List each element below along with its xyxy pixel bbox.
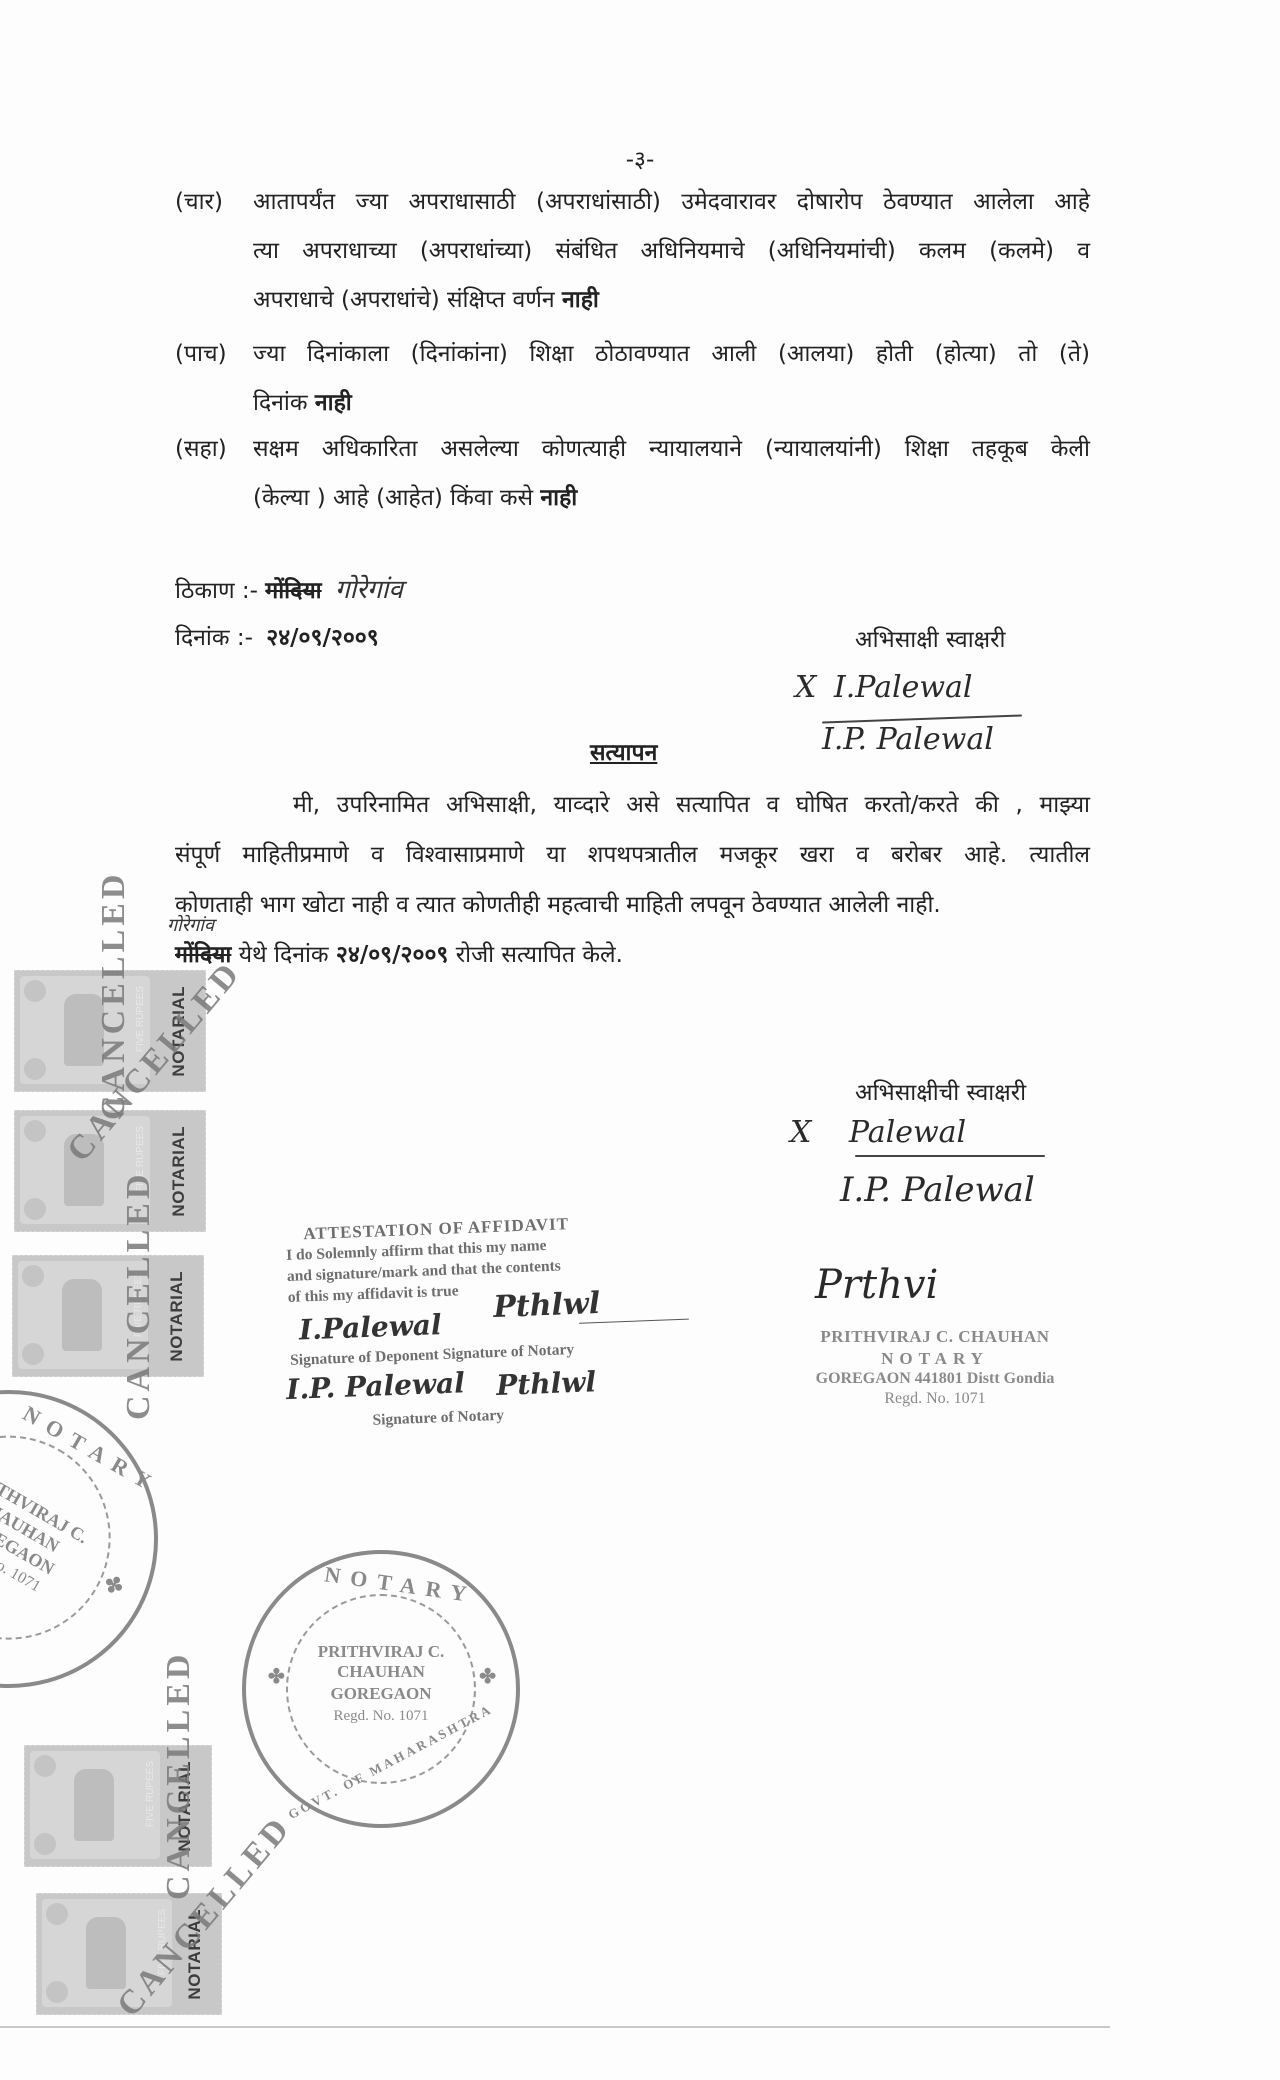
clause-body: सक्षम अधिकारिता असलेल्या कोणत्याही न्याय… <box>253 425 1090 523</box>
seal-ornament-right-icon: ✤ <box>479 1664 496 1689</box>
cancelled-mark: CANCELLED <box>160 1651 198 1900</box>
verification-title: सत्यापन <box>590 735 657 767</box>
clause-line: ज्या दिनांकाला (दिनांकांना) शिक्षा ठोठाव… <box>253 330 1090 379</box>
clause-label: (पाच) <box>175 330 227 379</box>
place-label: ठिकाण :- <box>175 578 258 604</box>
stamp-label: NOTARIAL <box>169 1126 189 1217</box>
deponent-name-written-2: I.P. Palewal <box>840 1170 1035 1210</box>
notary-name: PRITHVIRAJ C. CHAUHAN <box>770 1327 1100 1347</box>
affidavit-page: -३- (चार) आतापर्यंत ज्या अपराधासाठी (अपर… <box>0 0 1280 2080</box>
verification-line: संपूर्ण माहितीप्रमाणे व विश्वासाप्रमाणे … <box>175 830 1090 880</box>
stamp-value: FIVE RUPEES <box>145 1761 156 1827</box>
clause-label: (चार) <box>175 178 223 227</box>
deponent-signature-scrawl-2: X Palewal <box>790 1115 966 1150</box>
signature-underline <box>855 1155 1045 1157</box>
verification-paragraph: मी, उपरिनामित अभिसाक्षी, याव्दारे असे सत… <box>175 780 1090 980</box>
clause-text: दिनांक <box>253 390 308 416</box>
notary-title: NOTARY <box>770 1349 1100 1369</box>
clause-text: (केल्या ) आहे (आहेत) किंवा कसे <box>253 485 533 511</box>
seal-name-line2: CHAUHAN <box>246 1662 516 1682</box>
place-handwritten: गोरेगांव <box>335 575 403 604</box>
clause-answer: नाही <box>562 287 599 313</box>
ashoka-emblem-icon <box>86 1917 126 1989</box>
stamp-value: FIVE RUPEES <box>135 986 146 1052</box>
date-label: दिनांक :- <box>175 625 253 651</box>
notary-seal: NOTARY PRITHVIRAJ C. CHAUHAN GOREGAON Re… <box>242 1550 520 1828</box>
verification-closing-text: येथे दिनांक <box>239 942 329 968</box>
clause-line: त्या अपराधाच्या (अपराधांच्या) संबंधित अध… <box>253 227 1090 276</box>
signature-text: Palewal <box>849 1115 966 1150</box>
clause-label: (सहा) <box>175 425 227 474</box>
clause-line: दिनांक नाही <box>253 379 1090 428</box>
stamp-label: NOTARIAL <box>167 1271 187 1362</box>
verification-line: मी, उपरिनामित अभिसाक्षी, याव्दारे असे सत… <box>175 780 1090 830</box>
attestation-deponent-signature: I.Palewal <box>298 1308 442 1346</box>
clause-body: ज्या दिनांकाला (दिनांकांना) शिक्षा ठोठाव… <box>253 330 1090 428</box>
date-value: २४/०९/२००९ <box>266 625 378 651</box>
verification-closing-end: रोजी सत्यापित केले. <box>456 942 623 968</box>
date-row: दिनांक :- २४/०९/२००९ <box>175 620 379 652</box>
deponent-name-written: I.P. Palewal <box>822 722 994 757</box>
place-printed-struck: गोंदिया <box>265 578 321 604</box>
verification-text: मी, उपरिनामित अभिसाक्षी, याव्दारे असे सत… <box>293 792 1090 818</box>
notary-regd: Regd. No. 1071 <box>770 1390 1100 1408</box>
deponent-signature-scrawl: X I.Palewal <box>795 670 973 705</box>
verification-line: कोणताही भाग खोटा नाही व त्यात कोणतीही मह… <box>175 880 1090 930</box>
page-number: -३- <box>0 142 1280 174</box>
signature-mark: X <box>790 1115 811 1150</box>
ashoka-emblem-icon <box>62 1279 102 1351</box>
attestation-notary-signature: Pthlwl <box>493 1286 601 1325</box>
signature-text: I.Palewal <box>834 670 973 705</box>
clause-line: सक्षम अधिकारिता असलेल्या कोणत्याही न्याय… <box>253 425 1090 474</box>
attestation-notary-signature-2: Pthlwl <box>496 1365 597 1402</box>
seal-ornament-left-icon: ✤ <box>268 1664 285 1689</box>
page-edge-line <box>0 2026 1110 2028</box>
clause-line: (केल्या ) आहे (आहेत) किंवा कसे नाही <box>253 474 1090 523</box>
verification-closing: गोरेगांव गोंदिया येथे दिनांक २४/०९/२००९ … <box>175 930 1090 980</box>
notary-stamp-block: PRITHVIRAJ C. CHAUHAN NOTARY GOREGAON 44… <box>770 1327 1100 1408</box>
clause-line: आतापर्यंत ज्या अपराधासाठी (अपराधांसाठी) … <box>253 178 1090 227</box>
signature-mark: X <box>795 670 816 705</box>
clause-body: आतापर्यंत ज्या अपराधासाठी (अपराधांसाठी) … <box>253 178 1090 325</box>
verification-place-handwritten: गोरेगांव <box>167 900 214 950</box>
seal-place: GOREGAON <box>246 1684 516 1704</box>
deponent-signature-heading-2: अभिसाक्षीची स्वाक्षरी <box>855 1075 1026 1107</box>
notary-signature: Prthvi <box>815 1262 938 1308</box>
seal-name-line1: PRITHVIRAJ C. <box>246 1642 516 1662</box>
ashoka-emblem-icon <box>74 1769 114 1841</box>
stamp-emblem-art: FIVE RUPEES <box>30 1751 160 1859</box>
cancelled-mark: CANCELLED <box>120 1171 158 1420</box>
clause-answer: नाही <box>315 390 352 416</box>
verification-date: २४/०९/२००९ <box>336 942 448 968</box>
deponent-signature-heading: अभिसाक्षी स्वाक्षरी <box>855 622 1006 654</box>
attestation-block: ATTESTATION OF AFFIDAVIT I do Solemnly a… <box>285 1210 693 1434</box>
clause-line: अपराधाचे (अपराधांचे) संक्षिप्त वर्णन नाह… <box>253 276 1090 325</box>
attestation-deponent-name: I.P. Palewal <box>286 1366 466 1406</box>
clause-answer: नाही <box>540 485 577 511</box>
clause-text: अपराधाचे (अपराधांचे) संक्षिप्त वर्णन <box>253 287 555 313</box>
notarial-stamp: FIVE RUPEES NOTARIAL <box>12 1255 204 1377</box>
place-row: ठिकाण :- गोंदिया गोरेगांव <box>175 570 403 606</box>
notary-address: GOREGAON 441801 Distt Gondia <box>770 1370 1100 1388</box>
